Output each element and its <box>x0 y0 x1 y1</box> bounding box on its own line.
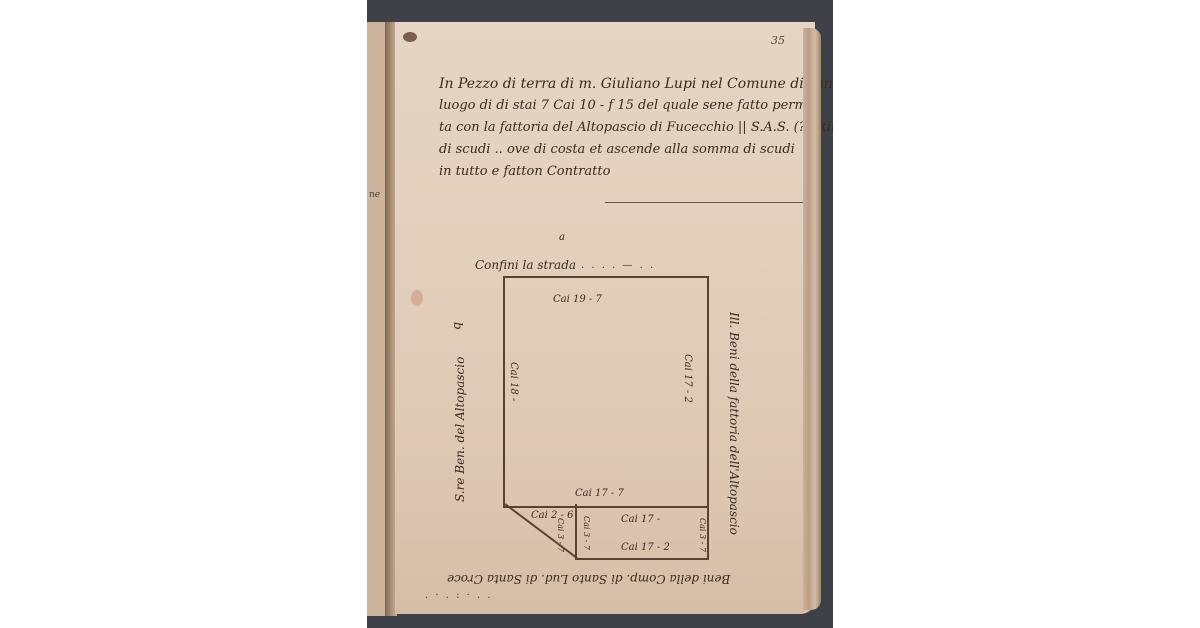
measurement-left: Cai 18 - <box>508 362 519 401</box>
previous-page-fragment: ne <box>369 190 380 200</box>
top-marker: a <box>559 232 565 243</box>
measurement-top: Cai 19 - 7 <box>553 294 602 305</box>
foxing-dots: . · . : · . . <box>425 590 493 601</box>
text-line-2: luogo di di stai 7 Cai 10 - f 15 del qua… <box>439 98 815 113</box>
measurement-lower-diag: Cai 3 - 7 <box>556 518 565 552</box>
right-boundary-label: Ill. Beni della fattoria dell'Altopascio <box>727 312 741 535</box>
top-boundary-label: Confini la strada <box>475 258 576 272</box>
folio-page: 35 In Pezzo di terra di m. Giuliano Lupi… <box>395 22 815 614</box>
measurement-lower-mid-left: Cai 3 - 7 <box>582 516 591 550</box>
page-fore-edge <box>803 28 821 610</box>
measurement-right: Cai 17 - 2 <box>682 354 693 403</box>
measurement-lower-right: Cai 3 - 7 <box>698 518 707 552</box>
measurement-lower-left: Cai 2 - 6 <box>531 510 573 521</box>
main-plot <box>503 276 709 508</box>
ink-blot <box>403 32 417 42</box>
text-line-5: in tutto e fatton Contratto <box>439 164 610 179</box>
text-line-4: di scudi .. ove di costa et ascende alla… <box>439 142 795 157</box>
measurement-lower-center: Cai 17 - <box>621 514 660 525</box>
left-boundary-label: S.re Ben. del Altopascio <box>453 357 467 502</box>
bottom-boundary-label: Beni della Comp. di Santo Lud. di Santa … <box>447 572 730 586</box>
measurement-lower-bottom: Cai 17 - 2 <box>621 542 670 553</box>
folio-number: 35 <box>771 34 785 47</box>
text-rule <box>605 202 805 203</box>
foxing-stain <box>411 290 423 306</box>
text-line-1: In Pezzo di terra di m. Giuliano Lupi ne… <box>439 76 833 92</box>
measurement-inner-bottom: Cai 17 - 7 <box>575 488 624 499</box>
top-dotted-line: . . . . — . . <box>581 260 655 271</box>
left-marker: b <box>451 322 465 330</box>
text-line-3: ta con la fattoria del Altopascio di Fuc… <box>439 120 833 135</box>
manuscript-scan: ne 35 In Pezzo di terra di m. Giuliano L… <box>367 0 833 628</box>
